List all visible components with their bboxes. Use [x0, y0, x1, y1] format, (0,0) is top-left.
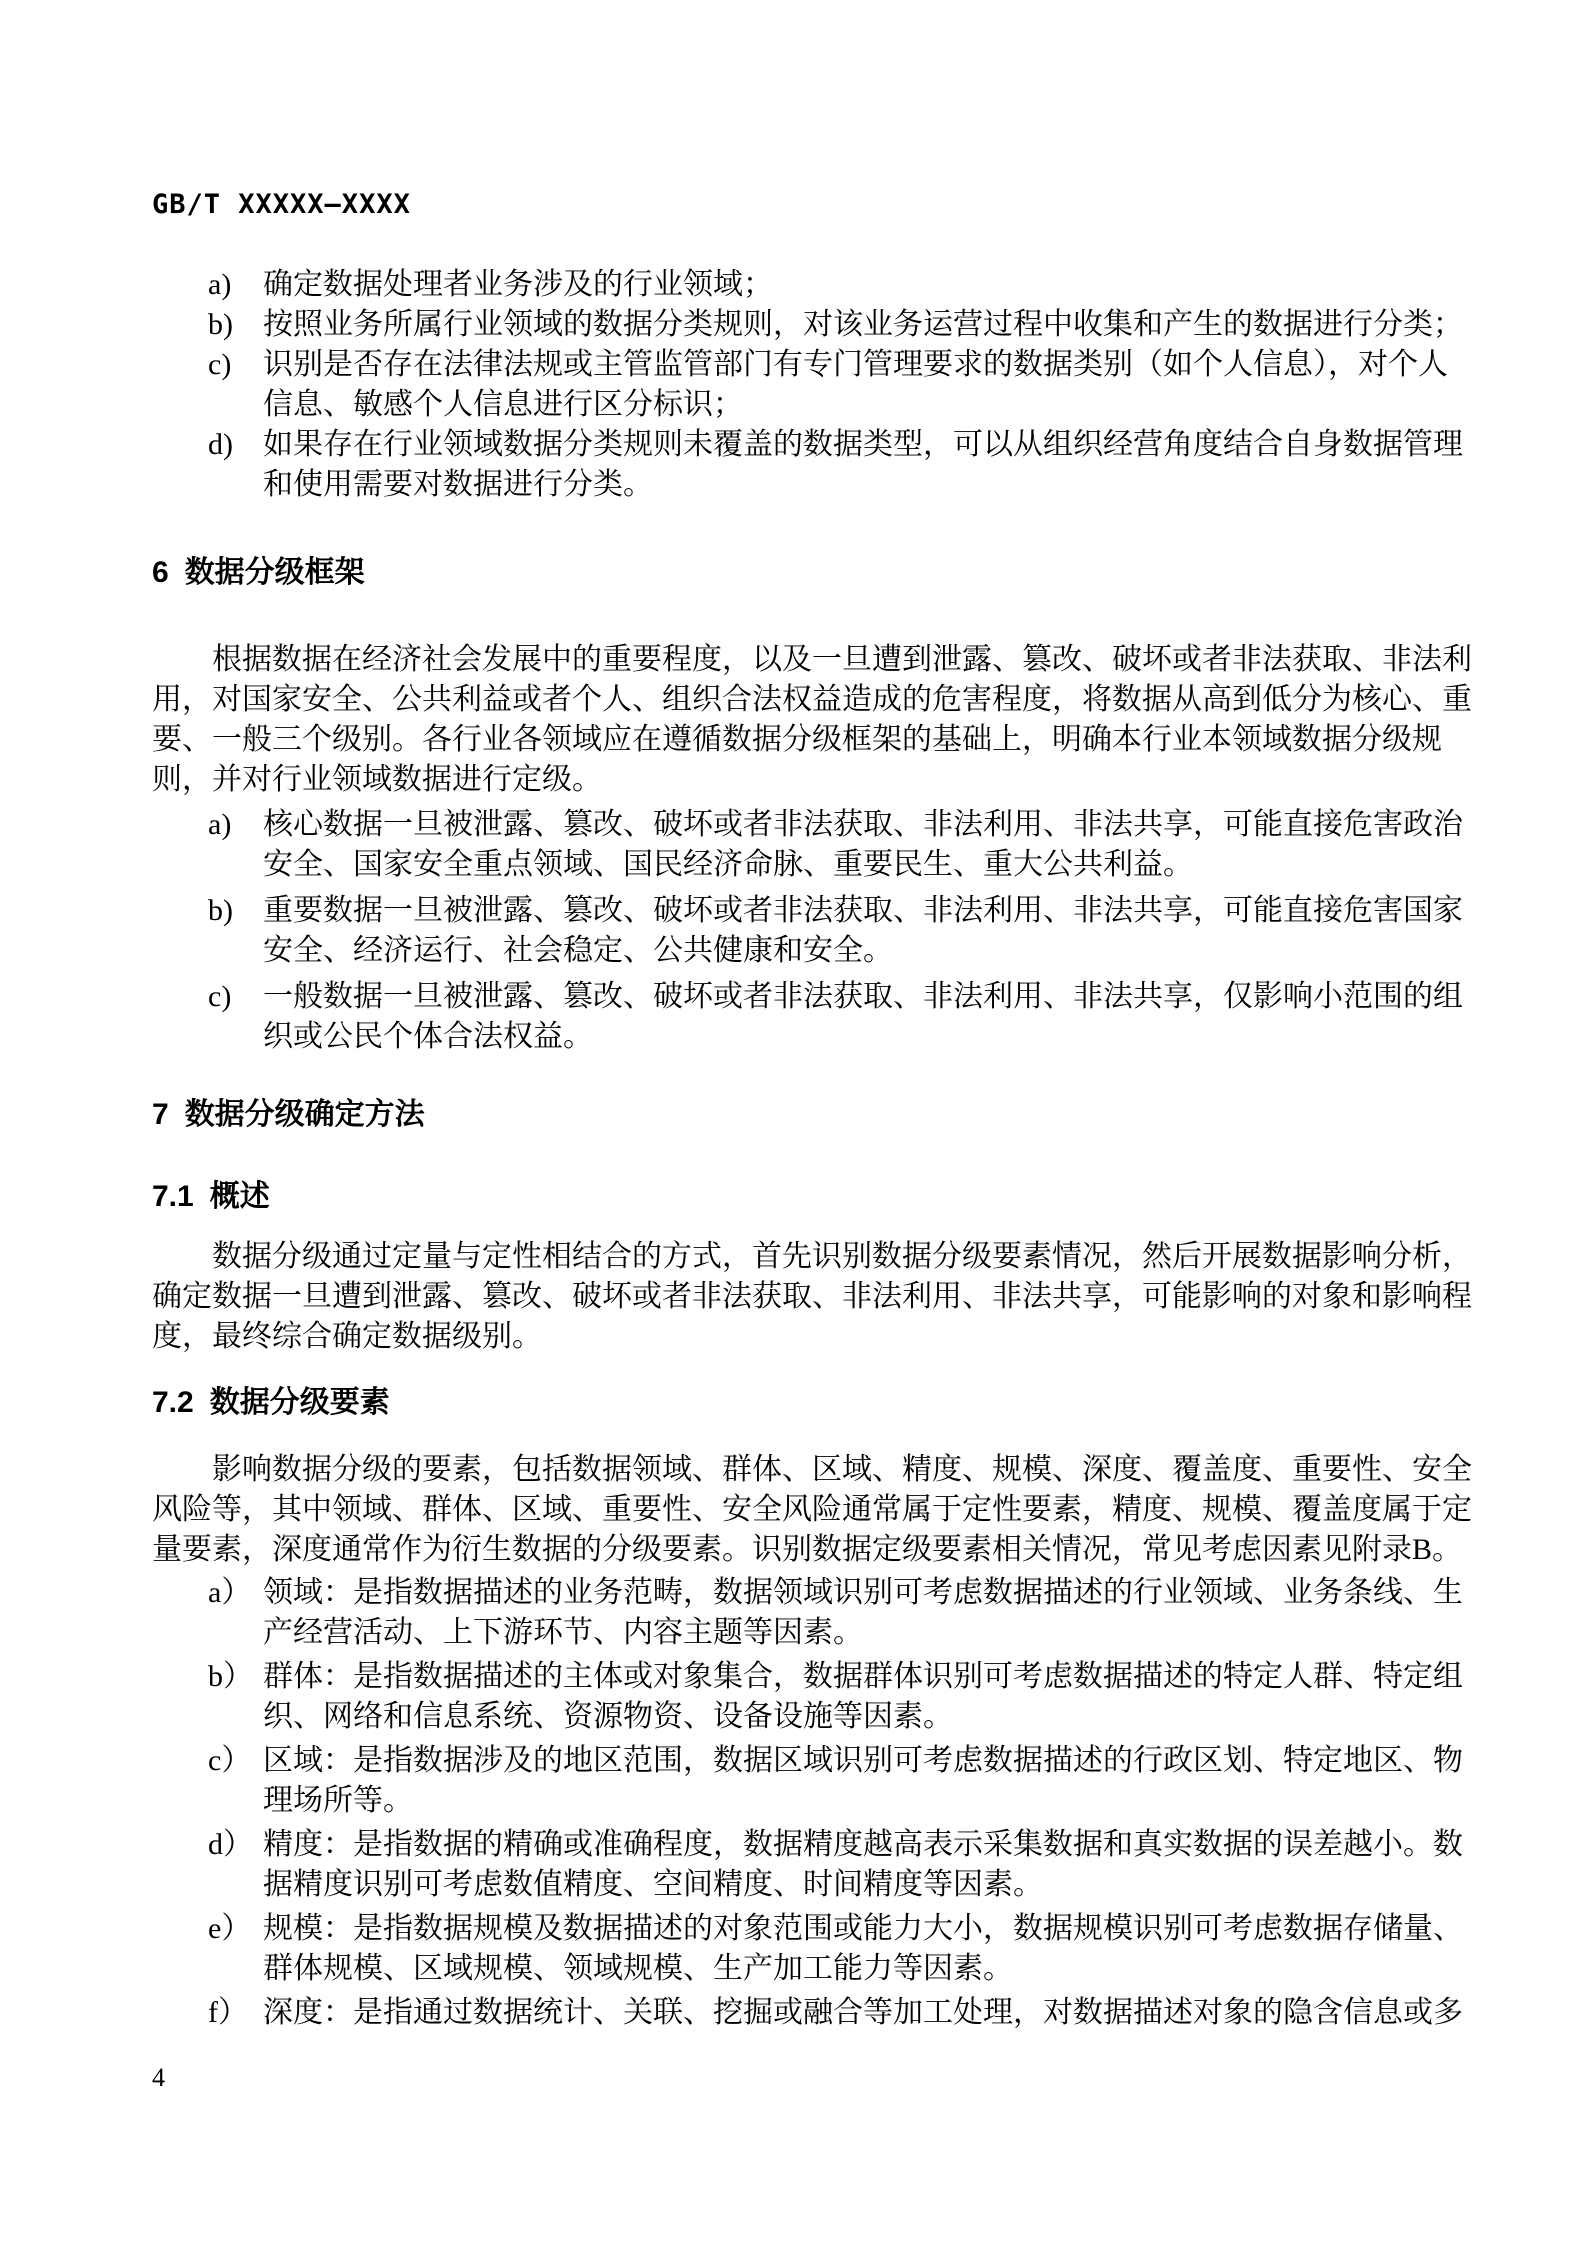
text-line: 产经营活动、上下游环节、内容主题等因素。: [263, 1613, 1475, 1653]
text-line: 要、一般三个级别。各行业各领域应在遵循数据分级框架的基础上，明确本行业本领域数据…: [152, 720, 1475, 760]
section-7-2-paragraph: 影响数据分级的要素，包括数据领域、群体、区域、精度、规模、深度、覆盖度、重要性、…: [152, 1450, 1475, 1570]
list-item-label: a）: [208, 1573, 251, 1613]
list-item-c: c) 识别是否存在法律法规或主管监管部门有专门管理要求的数据类别（如个人信息），…: [152, 345, 1475, 425]
section-number: 7.2: [152, 1383, 194, 1423]
list-item-c: c） 区域：是指数据涉及的地区范围，数据区域识别可考虑数据描述的行政区划、特定地…: [152, 1741, 1475, 1821]
text-line: 和使用需要对数据进行分类。: [263, 465, 1475, 505]
text-line: 核心数据一旦被泄露、篡改、破坏或者非法获取、非法利用、非法共享，可能直接危害政治: [263, 805, 1475, 845]
text-line: 影响数据分级的要素，包括数据领域、群体、区域、精度、规模、深度、覆盖度、重要性、…: [152, 1450, 1475, 1490]
classification-steps-list: a) 确定数据处理者业务涉及的行业领域； b) 按照业务所属行业领域的数据分类规…: [152, 265, 1475, 505]
text-line: 群体：是指数据描述的主体或对象集合，数据群体识别可考虑数据描述的特定人群、特定组: [263, 1657, 1475, 1697]
text-line: 精度：是指数据的精确或准确程度，数据精度越高表示采集数据和真实数据的误差越小。数: [263, 1825, 1475, 1865]
text-line: 度，最终综合确定数据级别。: [152, 1317, 1475, 1357]
section-7-1-heading: 7.1概述: [152, 1177, 1475, 1217]
list-item-label: d）: [208, 1825, 253, 1865]
text-line: 群体规模、区域规模、领域规模、生产加工能力等因素。: [263, 1949, 1475, 1989]
text-line: 规模：是指数据规模及数据描述的对象范围或能力大小，数据规模识别可考虑数据存储量、: [263, 1909, 1475, 1949]
section-6-paragraph: 根据数据在经济社会发展中的重要程度，以及一旦遭到泄露、篡改、破坏或者非法获取、非…: [152, 640, 1475, 800]
page-number: 4: [152, 2058, 165, 2098]
text-line: 确定数据一旦遭到泄露、篡改、破坏或者非法获取、非法利用、非法共享，可能影响的对象…: [152, 1277, 1475, 1317]
document-page: GB/T XXXXX—XXXX a) 确定数据处理者业务涉及的行业领域； b) …: [0, 0, 1586, 2244]
section-title: 概述: [210, 1180, 270, 1213]
section-number: 7: [152, 1095, 169, 1135]
list-item-d: d) 如果存在行业领域数据分类规则未覆盖的数据类型，可以从组织经营角度结合自身数…: [152, 425, 1475, 505]
section-6-heading: 6数据分级框架: [152, 553, 1475, 593]
list-item-label: a): [208, 805, 231, 845]
text-line: 理场所等。: [263, 1781, 1475, 1821]
section-7-heading: 7数据分级确定方法: [152, 1095, 1475, 1135]
text-line: 用，对国家安全、公共利益或者个人、组织合法权益造成的危害程度，将数据从高到低分为…: [152, 680, 1475, 720]
list-item-b: b) 按照业务所属行业领域的数据分类规则，对该业务运营过程中收集和产生的数据进行…: [152, 305, 1475, 345]
text-line: 安全、国家安全重点领域、国民经济命脉、重要民生、重大公共利益。: [263, 845, 1475, 885]
text-line: 织或公民个体合法权益。: [263, 1017, 1475, 1057]
text-line: 则，并对行业领域数据进行定级。: [152, 760, 1475, 800]
text-line: 按照业务所属行业领域的数据分类规则，对该业务运营过程中收集和产生的数据进行分类；: [263, 305, 1475, 345]
list-item-e: e） 规模：是指数据规模及数据描述的对象范围或能力大小，数据规模识别可考虑数据存…: [152, 1909, 1475, 1989]
list-item-f: f） 深度：是指通过数据统计、关联、挖掘或融合等加工处理，对数据描述对象的隐含信…: [152, 1993, 1475, 2033]
section-7-2-heading: 7.2数据分级要素: [152, 1383, 1475, 1423]
document-number-header: GB/T XXXXX—XXXX: [152, 185, 1475, 225]
list-item-b: b) 重要数据一旦被泄露、篡改、破坏或者非法获取、非法利用、非法共享，可能直接危…: [152, 891, 1475, 971]
section-number: 7.1: [152, 1177, 194, 1217]
list-item-label: b): [208, 305, 233, 345]
text-line: 领域：是指数据描述的业务范畴，数据领域识别可考虑数据描述的行业领域、业务条线、生: [263, 1573, 1475, 1613]
list-item-label: f）: [208, 1993, 248, 2033]
text-line: 识别是否存在法律法规或主管监管部门有专门管理要求的数据类别（如个人信息），对个人: [263, 345, 1475, 385]
list-item-label: b）: [208, 1657, 253, 1697]
text-column: GB/T XXXXX—XXXX a) 确定数据处理者业务涉及的行业领域； b) …: [152, 0, 1475, 2033]
text-line: 信息、敏感个人信息进行区分标识；: [263, 385, 1475, 425]
section-7-1-paragraph: 数据分级通过定量与定性相结合的方式，首先识别数据分级要素情况，然后开展数据影响分…: [152, 1237, 1475, 1357]
list-item-d: d） 精度：是指数据的精确或准确程度，数据精度越高表示采集数据和真实数据的误差越…: [152, 1825, 1475, 1905]
text-line: 量要素，深度通常作为衍生数据的分级要素。识别数据定级要素相关情况，常见考虑因素见…: [152, 1530, 1475, 1570]
list-item-label: c）: [208, 1741, 251, 1781]
list-item-label: b): [208, 891, 233, 931]
text-line: 织、网络和信息系统、资源物资、设备设施等因素。: [263, 1697, 1475, 1737]
list-item-label: c): [208, 345, 231, 385]
section-title: 数据分级要素: [210, 1386, 390, 1419]
list-item-c: c) 一般数据一旦被泄露、篡改、破坏或者非法获取、非法利用、非法共享，仅影响小范…: [152, 977, 1475, 1057]
text-line: 一般数据一旦被泄露、篡改、破坏或者非法获取、非法利用、非法共享，仅影响小范围的组: [263, 977, 1475, 1017]
text-line: 风险等，其中领域、群体、区域、重要性、安全风险通常属于定性要素，精度、规模、覆盖…: [152, 1490, 1475, 1530]
text-line: 深度：是指通过数据统计、关联、挖掘或融合等加工处理，对数据描述对象的隐含信息或多: [263, 1993, 1475, 2033]
text-line: 区域：是指数据涉及的地区范围，数据区域识别可考虑数据描述的行政区划、特定地区、物: [263, 1741, 1475, 1781]
section-title: 数据分级框架: [185, 556, 365, 589]
data-levels-list: a) 核心数据一旦被泄露、篡改、破坏或者非法获取、非法利用、非法共享，可能直接危…: [152, 805, 1475, 1057]
text-line: 根据数据在经济社会发展中的重要程度，以及一旦遭到泄露、篡改、破坏或者非法获取、非…: [152, 640, 1475, 680]
list-item-label: d): [208, 425, 233, 465]
list-item-a: a) 确定数据处理者业务涉及的行业领域；: [152, 265, 1475, 305]
text-line: 重要数据一旦被泄露、篡改、破坏或者非法获取、非法利用、非法共享，可能直接危害国家: [263, 891, 1475, 931]
text-line: 据精度识别可考虑数值精度、空间精度、时间精度等因素。: [263, 1865, 1475, 1905]
list-item-label: c): [208, 977, 231, 1017]
list-item-a: a) 核心数据一旦被泄露、篡改、破坏或者非法获取、非法利用、非法共享，可能直接危…: [152, 805, 1475, 885]
section-number: 6: [152, 553, 169, 593]
list-item-a: a） 领域：是指数据描述的业务范畴，数据领域识别可考虑数据描述的行业领域、业务条…: [152, 1573, 1475, 1653]
list-item-label: a): [208, 265, 231, 305]
text-line: 确定数据处理者业务涉及的行业领域；: [263, 265, 1475, 305]
grading-factors-list: a） 领域：是指数据描述的业务范畴，数据领域识别可考虑数据描述的行业领域、业务条…: [152, 1573, 1475, 2033]
text-line: 安全、经济运行、社会稳定、公共健康和安全。: [263, 931, 1475, 971]
text-line: 数据分级通过定量与定性相结合的方式，首先识别数据分级要素情况，然后开展数据影响分…: [152, 1237, 1475, 1277]
list-item-b: b） 群体：是指数据描述的主体或对象集合，数据群体识别可考虑数据描述的特定人群、…: [152, 1657, 1475, 1737]
section-title: 数据分级确定方法: [185, 1098, 425, 1131]
text-line: 如果存在行业领域数据分类规则未覆盖的数据类型，可以从组织经营角度结合自身数据管理: [263, 425, 1475, 465]
list-item-label: e）: [208, 1909, 251, 1949]
